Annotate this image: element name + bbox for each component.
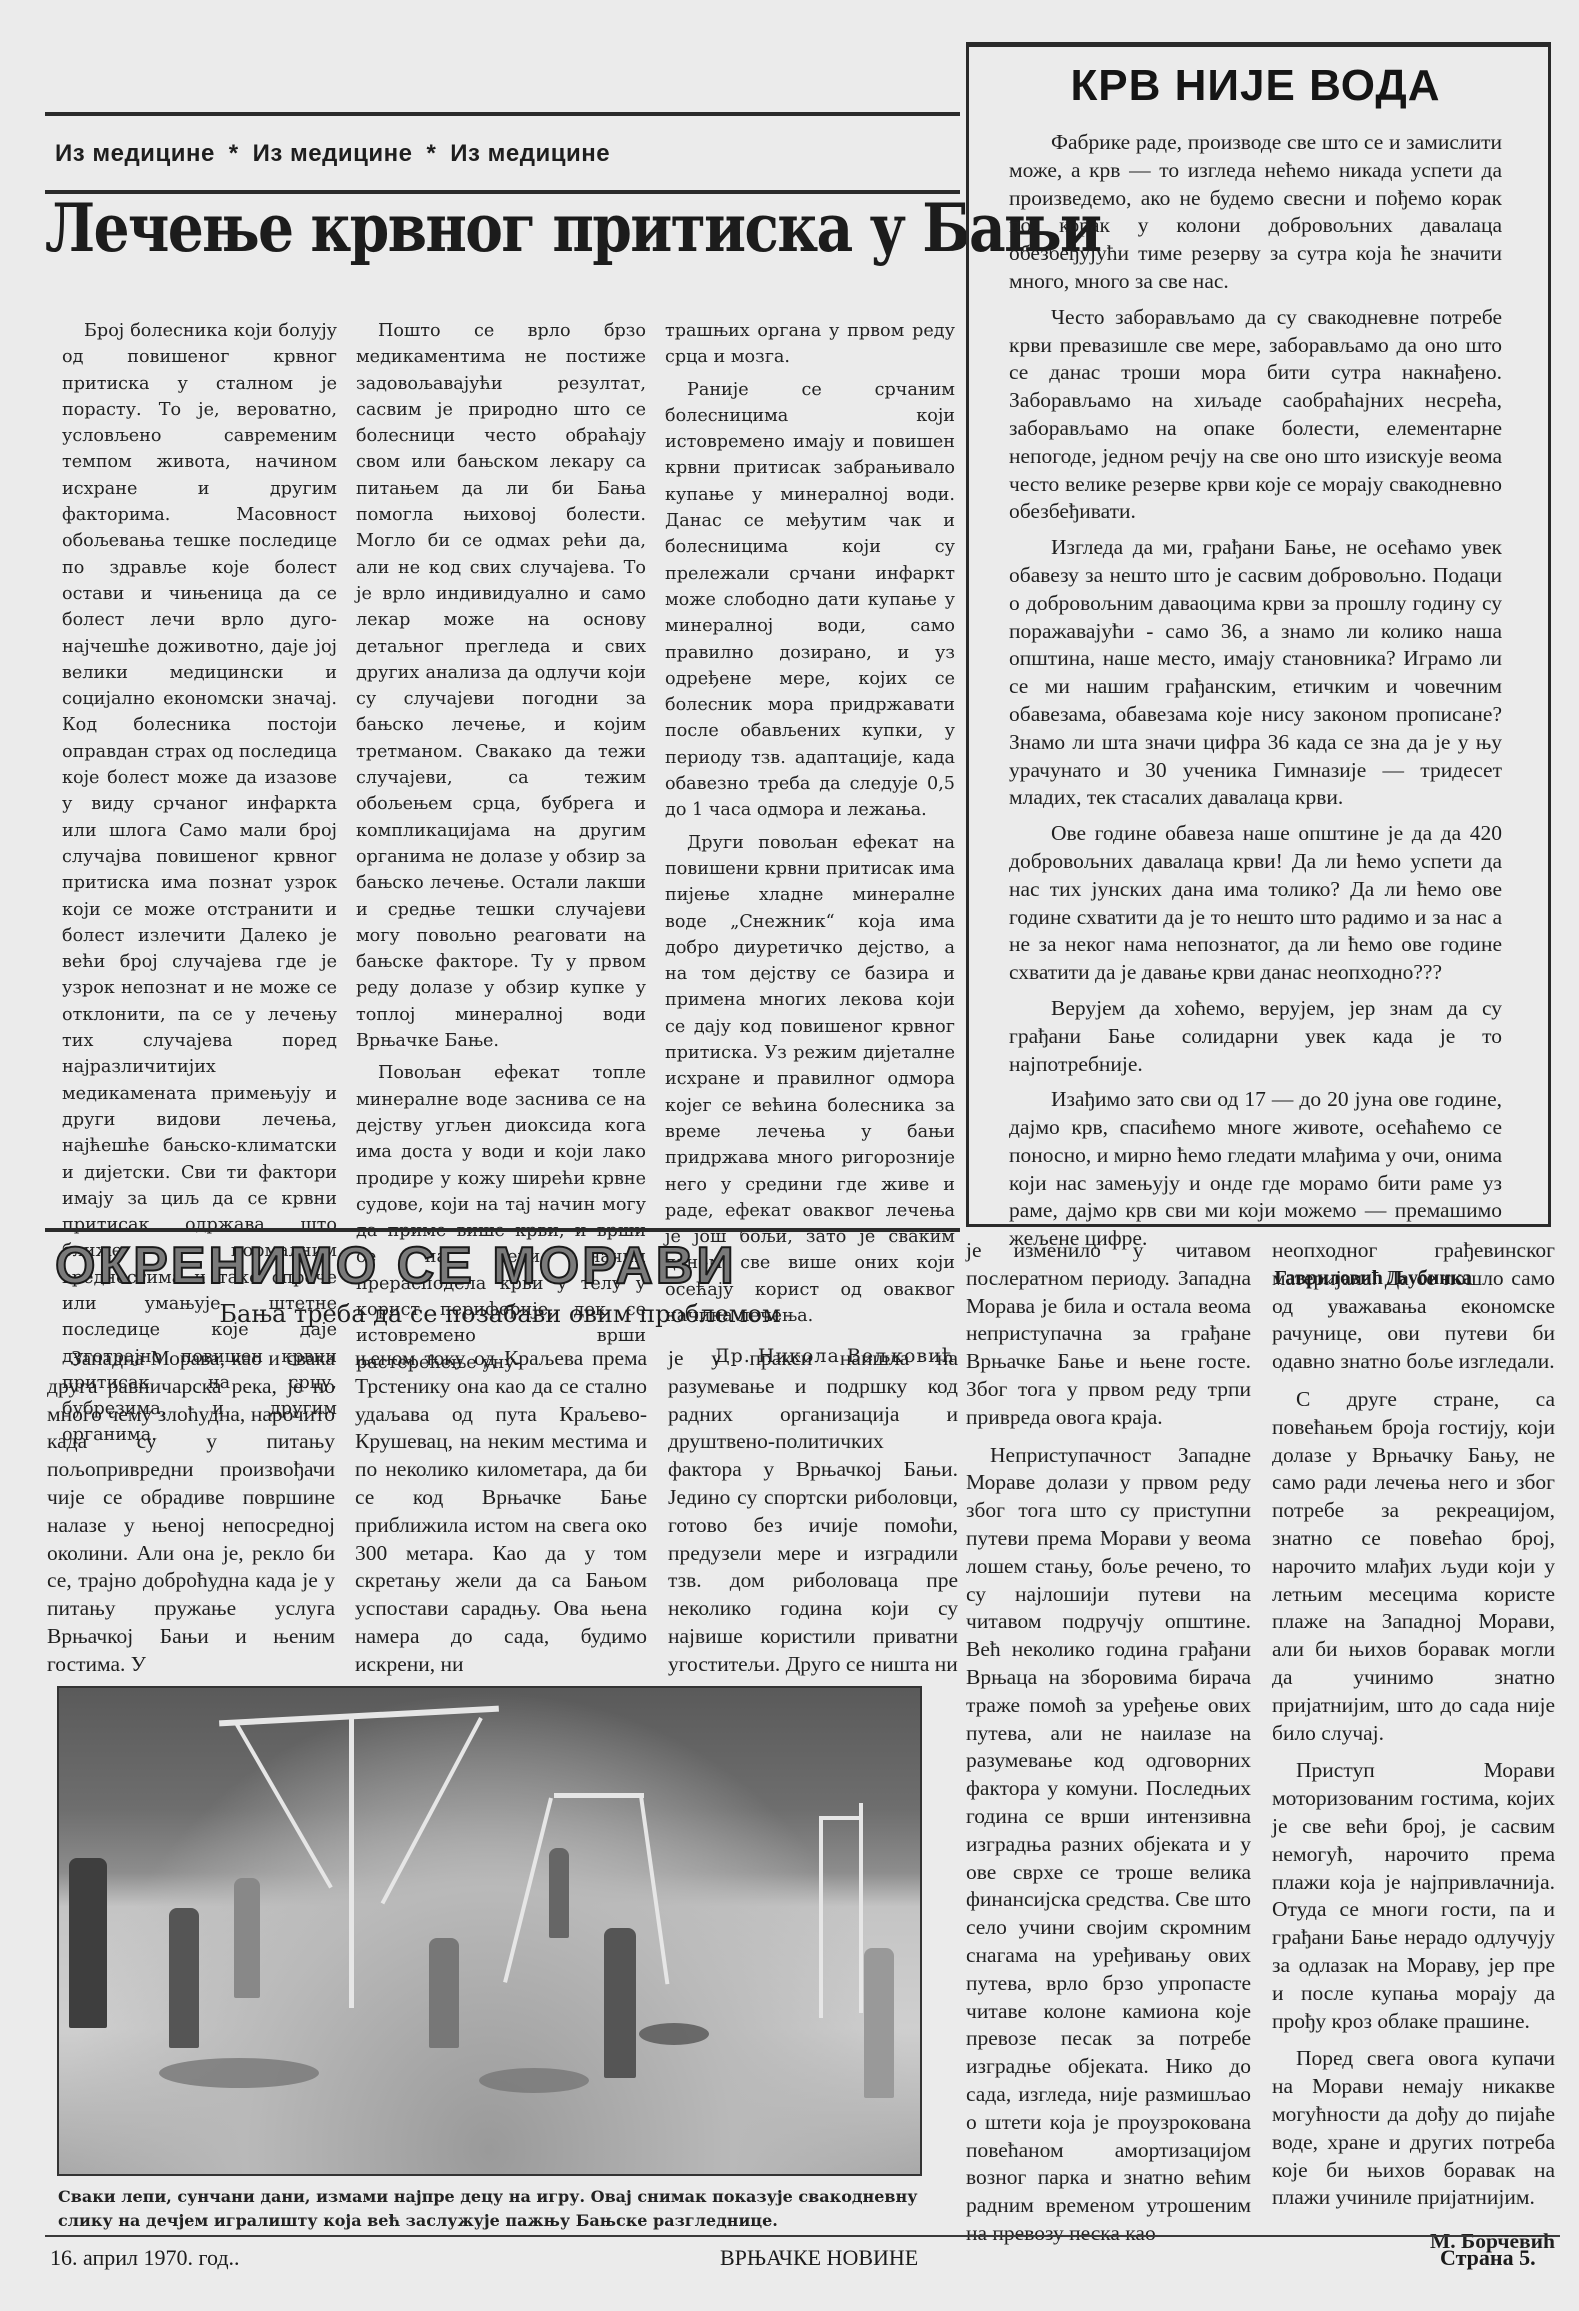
top-rule — [45, 112, 960, 116]
footer-date: 16. април 1970. год.. — [50, 2245, 240, 2271]
article3-column-5: неопходног грађевинског материјала. Да с… — [1272, 1237, 1555, 2256]
section-divider — [45, 1228, 960, 1232]
footer-rule — [45, 2235, 1560, 2237]
article-headline-morava: ОКРЕНИМО СЕ МОРАВИ — [55, 1236, 945, 1296]
playground-photo — [57, 1686, 922, 2176]
photo-caption: Сваки лепи, сунчани дани, измами најпре … — [58, 2185, 928, 2233]
article-headline-blood-pressure: Лечење крвног притиска у Бањи — [45, 195, 836, 261]
article1-column-3: трашњих органа у првом реду срца и мозга… — [665, 318, 955, 1370]
section-kicker: Из медицине*Из медицине*Из медицине — [55, 140, 955, 168]
article1-column-2: Пошто се врло брзо медикаментима не пост… — [356, 318, 646, 1376]
blood-donation-box: КРВ НИЈЕ ВОДА Фабрике раде, производе св… — [966, 42, 1551, 1227]
article3-column-1: Западна Морава, као и свака друга равнич… — [47, 1345, 335, 1679]
article3-column-2: њеном току од Краљева према Трстенику он… — [355, 1345, 647, 1679]
box-headline: КРВ НИЈЕ ВОДА — [1009, 61, 1502, 111]
box-body: Фабрике раде, производе све што се и зам… — [1009, 129, 1502, 1253]
article3-column-4: је изменило у читавом послератном период… — [966, 1237, 1251, 2248]
footer-publication: ВРЊАЧКЕ НОВИНЕ — [720, 2245, 918, 2271]
article3-column-3: је у пракси наишла на разумевање и подрш… — [668, 1345, 958, 1679]
article-subheadline-morava: Бања треба да се позабави овим проблемом — [55, 1300, 945, 1328]
footer-page-number: Страна 5. — [1440, 2245, 1536, 2271]
newspaper-page: Из медицине*Из медицине*Из медицине Лече… — [0, 0, 1579, 2311]
